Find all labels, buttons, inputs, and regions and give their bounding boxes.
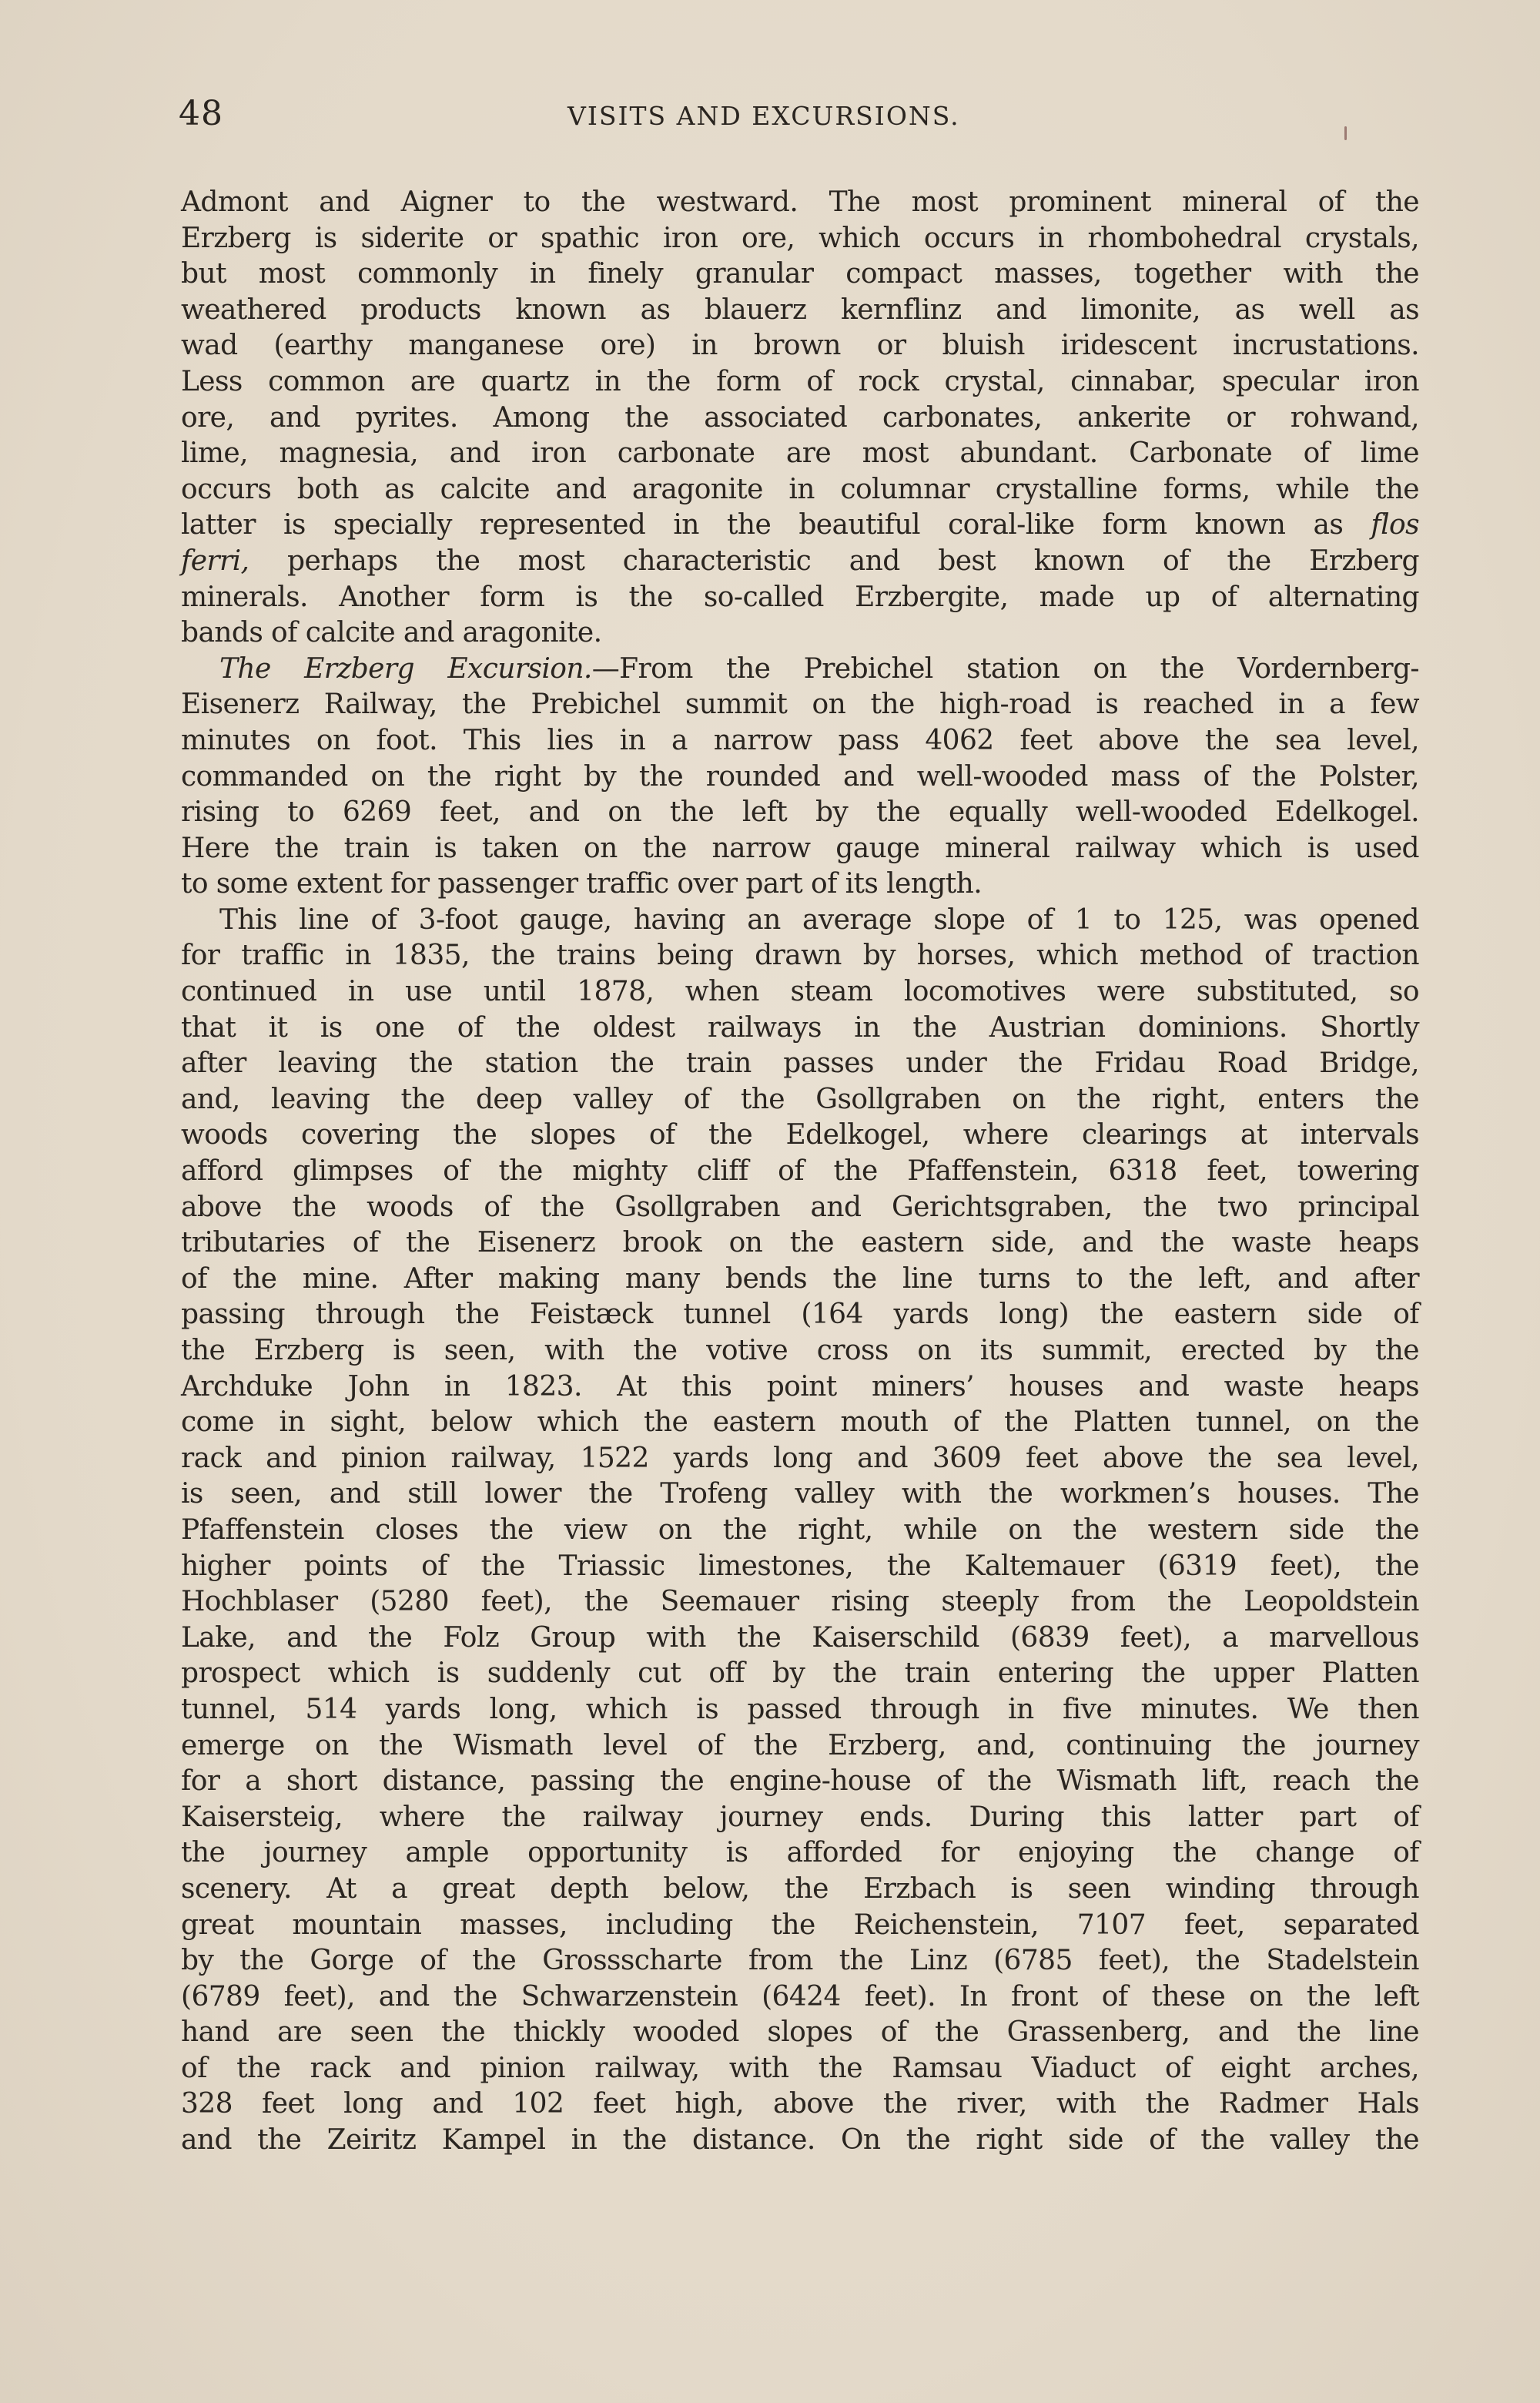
- text-line: is seen, and still lower the Trofeng val…: [181, 1476, 1419, 1513]
- text-line: above the woods of the Gsollgraben and G…: [181, 1190, 1419, 1226]
- page-header: 48 VISITS AND EXCURSIONS.: [179, 91, 1418, 137]
- text-line: Kaisersteig, where the railway journey e…: [181, 1800, 1419, 1836]
- text-line: and the Zeiritz Kampel in the distance. …: [181, 2123, 1419, 2159]
- text-line: passing through the Feistæck tunnel (164…: [181, 1297, 1419, 1333]
- text-line: by the Gorge of the Grossscharte from th…: [181, 1943, 1419, 1979]
- text-run: latter is specially represented in the b…: [181, 509, 1343, 541]
- text-line: afford glimpses of the mighty cliff of t…: [181, 1154, 1419, 1190]
- text-line: after leaving the station the train pass…: [181, 1046, 1419, 1082]
- text-line: Admont and Aigner to the westward. The m…: [181, 185, 1419, 221]
- text-line: for traffic in 1835, the trains being dr…: [181, 938, 1419, 974]
- text-line: prospect which is suddenly cut off by th…: [181, 1656, 1419, 1692]
- text-line: hand are seen the thickly wooded slopes …: [181, 2015, 1419, 2051]
- text-line: minerals. Another form is the so-called …: [181, 580, 1419, 616]
- text-line: Erzberg is siderite or spathic iron ore,…: [181, 221, 1419, 257]
- body-text: Admont and Aigner to the westward. The m…: [181, 185, 1419, 2159]
- page-number: 48: [179, 91, 223, 137]
- text-line: Hochblaser (5280 feet), the Seemauer ris…: [181, 1584, 1419, 1620]
- text-line: Here the train is taken on the narrow ga…: [181, 831, 1419, 867]
- text-line: Less common are quartz in the form of ro…: [181, 364, 1419, 400]
- text-line: higher points of the Triassic limestones…: [181, 1549, 1419, 1585]
- text-line: Eisenerz Railway, the Prebichel summit o…: [181, 687, 1419, 723]
- text-line: the journey ample opportunity is afforde…: [181, 1835, 1419, 1872]
- text-line: wad (earthy manganese ore) in brown or b…: [181, 328, 1419, 364]
- text-line: to some extent for passenger traffic ove…: [181, 866, 1419, 903]
- text-line: great mountain masses, including the Rei…: [181, 1908, 1419, 1944]
- section-heading: The Erzberg Excursion.: [219, 653, 592, 685]
- text-line: (6789 feet), and the Schwarzenstein (642…: [181, 1979, 1419, 2016]
- paper-speck: [1344, 126, 1347, 140]
- text-line: woods covering the slopes of the Edelkog…: [181, 1118, 1419, 1154]
- text-line-with-italic: ferri, perhaps the most characteristic a…: [181, 544, 1419, 580]
- text-line: rising to 6269 feet, and on the left by …: [181, 795, 1419, 831]
- text-line: weathered products known as blauerz kern…: [181, 293, 1419, 329]
- italic-term: ferri,: [181, 545, 249, 577]
- text-line: but most commonly in finely granular com…: [181, 256, 1419, 293]
- text-line: and, leaving the deep valley of the Gsol…: [181, 1082, 1419, 1118]
- running-head: VISITS AND EXCURSIONS.: [567, 97, 960, 136]
- italic-term: flos: [1371, 509, 1419, 541]
- section-heading-line: The Erzberg Excursion.—From the Prebiche…: [181, 652, 1419, 688]
- text-line: continued in use until 1878, when steam …: [181, 974, 1419, 1010]
- text-line: occurs both as calcite and aragonite in …: [181, 472, 1419, 508]
- text-line: the Erzberg is seen, with the votive cro…: [181, 1333, 1419, 1369]
- text-line: minutes on foot. This lies in a narrow p…: [181, 723, 1419, 759]
- text-line: for a short distance, passing the engine…: [181, 1764, 1419, 1800]
- text-line: tributaries of the Eisenerz brook on the…: [181, 1225, 1419, 1262]
- text-line: come in sight, below which the eastern m…: [181, 1405, 1419, 1441]
- text-line: tunnel, 514 yards long, which is passed …: [181, 1692, 1419, 1728]
- text-run: perhaps the most characteristic and best…: [287, 545, 1419, 577]
- text-line: Pfaffenstein closes the view on the righ…: [181, 1513, 1419, 1549]
- text-line: 328 feet long and 102 feet high, above t…: [181, 2086, 1419, 2123]
- text-line: Archduke John in 1823. At this point min…: [181, 1369, 1419, 1406]
- text-line: scenery. At a great depth below, the Erz…: [181, 1872, 1419, 1908]
- text-line: emerge on the Wismath level of the Erzbe…: [181, 1728, 1419, 1765]
- text-run: —From the Prebichel station on the Vorde…: [592, 653, 1419, 685]
- text-line: bands of calcite and aragonite.: [181, 615, 1419, 652]
- text-line: ore, and pyrites. Among the associated c…: [181, 400, 1419, 437]
- text-line-with-italic: latter is specially represented in the b…: [181, 508, 1419, 544]
- text-line: This line of 3-foot gauge, having an ave…: [181, 903, 1419, 939]
- text-line: commanded on the right by the rounded an…: [181, 759, 1419, 796]
- text-line: rack and pinion railway, 1522 yards long…: [181, 1441, 1419, 1477]
- text-line: of the mine. After making many bends the…: [181, 1262, 1419, 1298]
- text-line: that it is one of the oldest railways in…: [181, 1010, 1419, 1047]
- text-line: Lake, and the Folz Group with the Kaiser…: [181, 1620, 1419, 1657]
- text-line: of the rack and pinion railway, with the…: [181, 2051, 1419, 2087]
- text-line: lime, magnesia, and iron carbonate are m…: [181, 436, 1419, 472]
